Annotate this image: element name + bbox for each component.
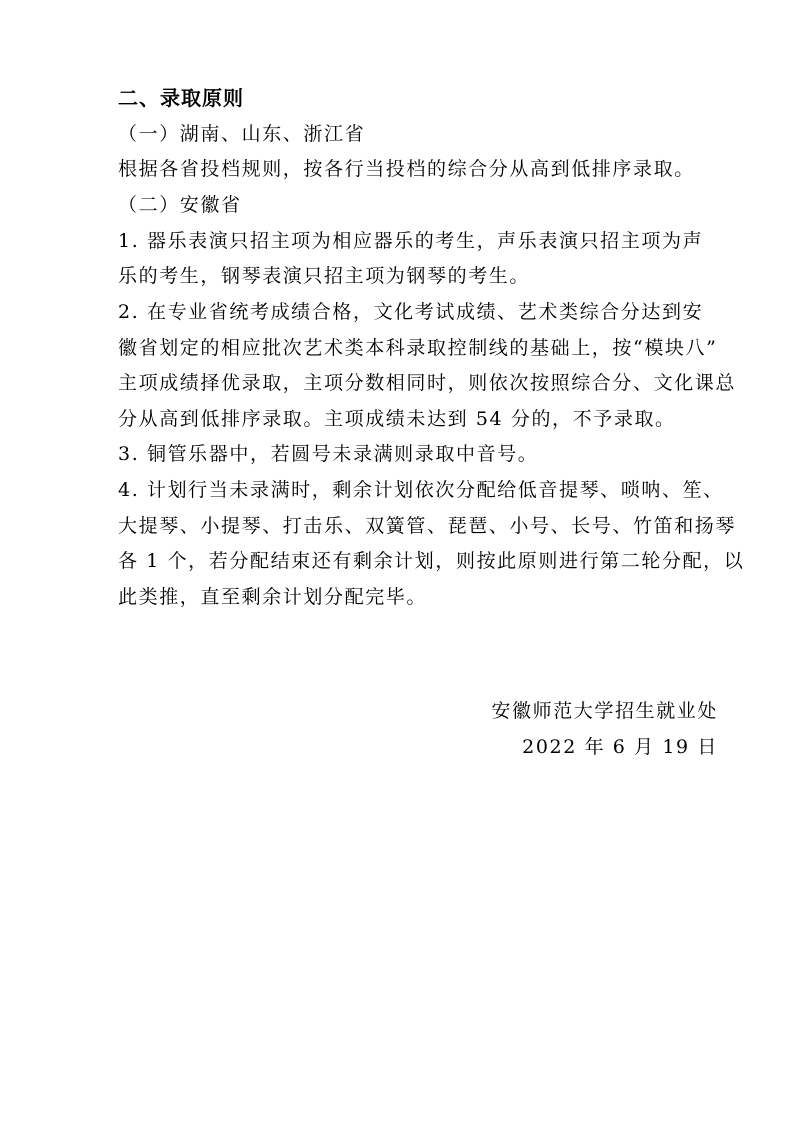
rule-item-4-line-1: 4. 计划行当未录满时，剩余计划依次分配给低音提琴、唢呐、笙、: [118, 478, 724, 502]
subsection-title-2: （二）安徽省: [118, 193, 242, 217]
section-heading: 二、录取原则: [118, 86, 244, 110]
rule-item-4-line-2: 大提琴、小提琴、打击乐、双簧管、琵琶、小号、长号、竹笛和扬琴: [118, 514, 736, 538]
rule-item-4-line-3: 各 1 个，若分配结束还有剩余计划，则按此原则进行第二轮分配，以: [118, 549, 744, 573]
document-page: 二、录取原则 （一）湖南、山东、浙江省 根据各省投档规则，按各行当投档的综合分从…: [0, 0, 794, 1123]
rule-item-2-line-3: 主项成绩择优录取，主项分数相同时，则依次按照综合分、文化课总: [118, 371, 736, 395]
rule-item-2-line-4: 分从高到低排序录取。主项成绩未达到 54 分的，不予录取。: [118, 407, 676, 431]
signature-date: 2022 年 6 月 19 日: [522, 735, 718, 759]
rule-item-3-line-1: 3. 铜管乐器中，若圆号未录满则录取中音号。: [118, 442, 538, 466]
subsection-body-1: 根据各省投档规则，按各行当投档的综合分从高到低排序录取。: [118, 157, 695, 181]
rule-item-1-line-1: 1. 器乐表演只招主项为相应器乐的考生，声乐表演只招主项为声: [118, 229, 703, 253]
rule-item-4-line-4: 此类推，直至剩余计划分配完毕。: [118, 585, 427, 609]
rule-item-2-line-1: 2. 在专业省统考成绩合格，文化考试成绩、艺术类综合分达到安: [118, 300, 703, 324]
rule-item-2-line-2: 徽省划定的相应批次艺术类本科录取控制线的基础上，按“模块八”: [118, 336, 717, 360]
rule-item-1-line-2: 乐的考生，钢琴表演只招主项为钢琴的考生。: [118, 264, 530, 288]
subsection-title-1: （一）湖南、山东、浙江省: [118, 122, 365, 146]
signature-organization: 安徽师范大学招生就业处: [491, 699, 718, 723]
